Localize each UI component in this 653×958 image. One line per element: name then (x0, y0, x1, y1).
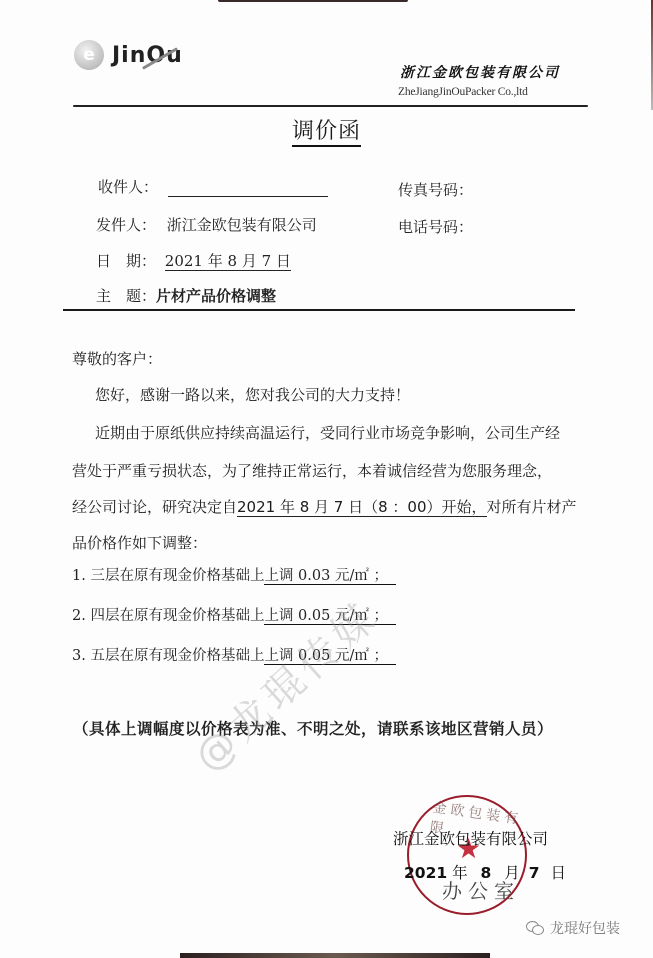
signature-date: 2021 年 8 月 7 日 (404, 861, 566, 883)
date-field: 日 期： 2021 年 8 月 7 日 (96, 250, 291, 271)
company-name-en: ZheJiangJinOuPacker Co.,ltd (398, 86, 528, 98)
recipient-label: 收件人： (98, 178, 158, 196)
adjustment-3-prefix: 3. 五层在原有现金价格基础上 (72, 648, 264, 664)
source-attribution: 龙琨好包装 (526, 918, 620, 938)
phone-field: 电话号码： (398, 216, 473, 237)
subject-field: 主 题：片材产品价格调整 (96, 285, 276, 306)
phone-label: 电话号码： (398, 218, 473, 236)
company-logo: e JinOu (74, 40, 183, 70)
date-label: 日 期： (96, 252, 156, 270)
adjustment-2-prefix: 2. 四层在原有现金价格基础上 (72, 608, 264, 624)
signature-day-unit: 日 (550, 864, 566, 882)
subject-value: 片材产品价格调整 (156, 287, 276, 305)
fax-label: 传真号码： (398, 181, 473, 199)
signature-day: 7 (529, 864, 540, 882)
price-adjustment-letter: e JinOu 浙江金欧包装有限公司 ZheJiangJinOuPacker C… (0, 0, 653, 958)
greeting: 尊敬的客户： (72, 349, 162, 369)
paper-edge-bottom (180, 953, 490, 958)
source-label: 龙琨好包装 (550, 918, 620, 938)
signature-month-unit: 月 (504, 864, 520, 882)
paper-edge-top (218, 0, 408, 2)
sender-field: 发件人： 浙江金欧包装有限公司 (96, 214, 317, 235)
sender-label: 发件人： (96, 216, 156, 234)
document-title: 调价函 (0, 114, 653, 145)
letterhead-divider (73, 105, 588, 107)
company-seal: 金欧包装有限 ★ 办公室 (407, 795, 527, 915)
fax-field: 传真号码： (398, 179, 473, 200)
body-line-4: 品价格作如下调整： (72, 533, 207, 553)
recipient-field: 收件人： (98, 176, 328, 197)
adjustment-1-prefix: 1. 三层在原有现金价格基础上 (72, 568, 264, 584)
subject-label: 主 题： (96, 287, 156, 305)
signature-company: 浙江金欧包装有限公司 (393, 827, 548, 849)
logo-text: JinOu (112, 43, 183, 68)
thanks-line: 您好，感谢一路以来，您对我公司的大力支持！ (95, 385, 410, 405)
wechat-icon (526, 921, 544, 935)
date-value: 2021 年 8 月 7 日 (165, 252, 291, 271)
sender-value: 浙江金欧包装有限公司 (167, 216, 317, 234)
company-name-cn: 浙江金欧包装有限公司 (400, 62, 560, 82)
adjustment-1-change: 上调 0.03 元/㎡ ； (264, 568, 396, 585)
body-line-3-pre: 经公司讨论，研究决定自 (72, 498, 237, 516)
contact-note: （具体上调幅度以价格表为准、不明之处，请联系该地区营销人员） (73, 717, 553, 739)
title-text: 调价函 (292, 119, 361, 147)
body-line-1: 近期由于原纸供应持续高温运行，受同行业市场竞争影响，公司生产经 (95, 423, 560, 443)
fields-divider (63, 309, 575, 311)
body-line-2: 营处于严重亏损状态，为了维持正常运行，本着诚信经营为您服务理念， (72, 461, 552, 481)
effective-date: 2021 年 8 月 7 日（8 ：00）开始， (237, 498, 487, 517)
signature-year: 2021 (404, 864, 447, 882)
logo-mark-icon: e (74, 40, 104, 70)
signature-year-unit: 年 (452, 864, 468, 882)
body-line-3: 经公司讨论，研究决定自2021 年 8 月 7 日（8 ：00）开始，对所有片材… (72, 497, 577, 517)
body-line-3-post: 对所有片材产 (487, 498, 577, 516)
adjustment-item-1: 1. 三层在原有现金价格基础上上调 0.03 元/㎡ ； (72, 564, 396, 585)
recipient-blank (168, 182, 328, 197)
signature-month: 8 (481, 864, 492, 882)
